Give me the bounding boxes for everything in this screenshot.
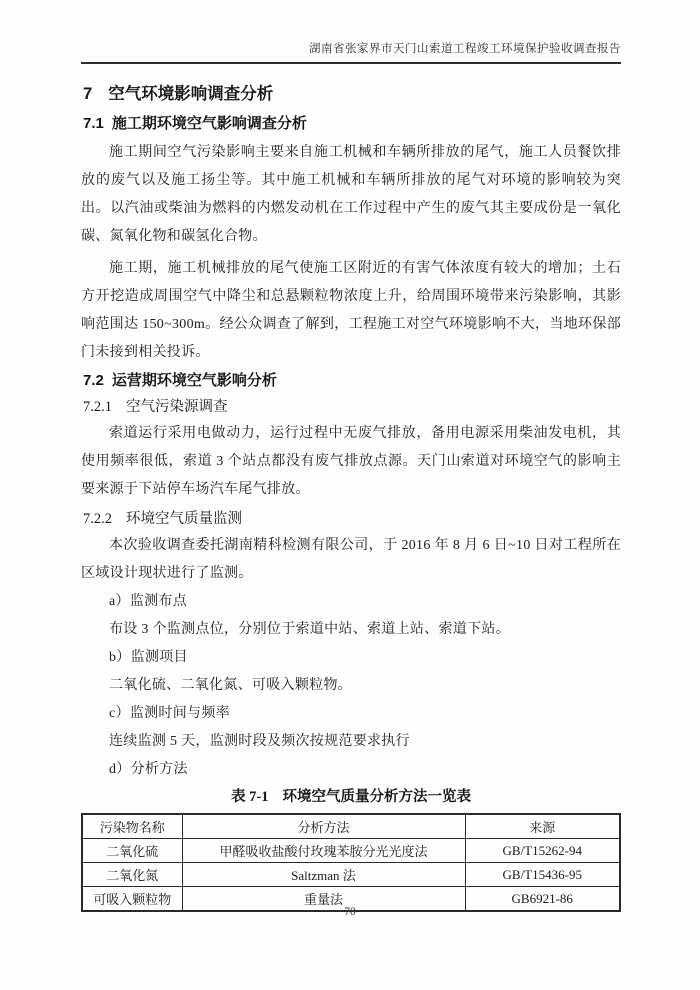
page-number: 70 [344,906,356,918]
section-7-2-1-heading: 7.2.1空气污染源调查 [83,398,621,416]
table-caption-number: 表 7-1 [231,789,268,805]
running-header: 湖南省张家界市天门山索道工程竣工环境保护验收调查报告 [81,40,621,64]
cell-pollutant: 二氧化硫 [82,839,182,863]
column-header-source: 来源 [465,814,620,839]
header-title: 湖南省张家界市天门山索道工程竣工环境保护验收调查报告 [309,43,621,55]
list-item-c-label: c）监测时间与频率 [81,700,621,728]
page-content: 7空气环境影响调查分析 7.1施工期环境空气影响调查分析 施工期间空气污染影响主… [81,80,621,912]
table-caption-title: 环境空气质量分析方法一览表 [282,789,471,805]
table-caption: 表 7-1环境空气质量分析方法一览表 [81,786,621,808]
page-footer: 70 [0,906,700,918]
list-item-b: b）监测项目 二氧化硫、二氧化氮、可吸入颗粒物。 [81,644,621,700]
list-item-a-label: a）监测布点 [81,588,621,616]
table-header-row: 污染物名称 分析方法 来源 [82,814,620,839]
table-row: 二氧化硫 甲醛吸收盐酸付玫瑰苯胺分光光度法 GB/T15262-94 [82,839,620,863]
section-7-2-title: 运营期环境空气影响分析 [112,372,277,389]
section-7-2-number: 7.2 [83,372,104,389]
list-item-c: c）监测时间与频率 连续监测 5 天，监测时段及频次按规范要求执行 [81,700,621,756]
cell-pollutant: 二氧化氮 [82,863,182,887]
list-item-b-label: b）监测项目 [81,644,621,672]
list-item-b-body: 二氧化硫、二氧化氮、可吸入颗粒物。 [81,672,621,700]
column-header-pollutant: 污染物名称 [82,814,182,839]
section-7-title: 空气环境影响调查分析 [108,85,273,103]
section-7-1-heading: 7.1施工期环境空气影响调查分析 [83,114,621,133]
paragraph-construction-impact: 施工期，施工机械排放的尾气使施工区附近的有害气体浓度有较大的增加；土石方开挖造成… [81,255,621,367]
section-7-2-2-title: 环境空气质量监测 [126,511,242,527]
section-7-number: 7 [83,85,92,103]
list-item-d-label: d）分析方法 [81,756,621,784]
section-7-heading: 7空气环境影响调查分析 [83,84,621,104]
list-item-a-body: 布设 3 个监测点位，分别位于索道中站、索道上站、索道下站。 [81,616,621,644]
section-7-2-1-number: 7.2.1 [83,399,112,415]
analysis-methods-table: 污染物名称 分析方法 来源 二氧化硫 甲醛吸收盐酸付玫瑰苯胺分光光度法 GB/T… [81,813,621,912]
section-7-1-title: 施工期环境空气影响调查分析 [112,115,307,132]
section-7-2-2-heading: 7.2.2环境空气质量监测 [83,510,621,528]
paragraph-monitoring-intro: 本次验收调查委托湖南精科检测有限公司，于 2016 年 8 月 6 日~10 日… [81,532,621,588]
cell-source: GB/T15436-95 [465,863,620,887]
cell-method: Saltzman 法 [182,863,465,887]
section-7-2-1-title: 空气污染源调查 [126,399,228,415]
column-header-method: 分析方法 [182,814,465,839]
list-item-d: d）分析方法 [81,756,621,784]
list-item-a: a）监测布点 布设 3 个监测点位，分别位于索道中站、索道上站、索道下站。 [81,588,621,644]
table-row: 二氧化氮 Saltzman 法 GB/T15436-95 [82,863,620,887]
document-page: 湖南省张家界市天门山索道工程竣工环境保护验收调查报告 7空气环境影响调查分析 7… [0,0,700,990]
section-7-2-heading: 7.2运营期环境空气影响分析 [83,371,621,390]
section-7-1-number: 7.1 [83,115,104,132]
list-item-c-body: 连续监测 5 天，监测时段及频次按规范要求执行 [81,728,621,756]
cell-method: 甲醛吸收盐酸付玫瑰苯胺分光光度法 [182,839,465,863]
paragraph-construction-sources: 施工期间空气污染影响主要来自施工机械和车辆所排放的尾气，施工人员餐饮排放的废气以… [81,139,621,251]
section-7-2-2-number: 7.2.2 [83,511,112,527]
cell-source: GB/T15262-94 [465,839,620,863]
paragraph-operation-sources: 索道运行采用电做动力，运行过程中无废气排放，备用电源采用柴油发电机，其使用频率很… [81,420,621,504]
